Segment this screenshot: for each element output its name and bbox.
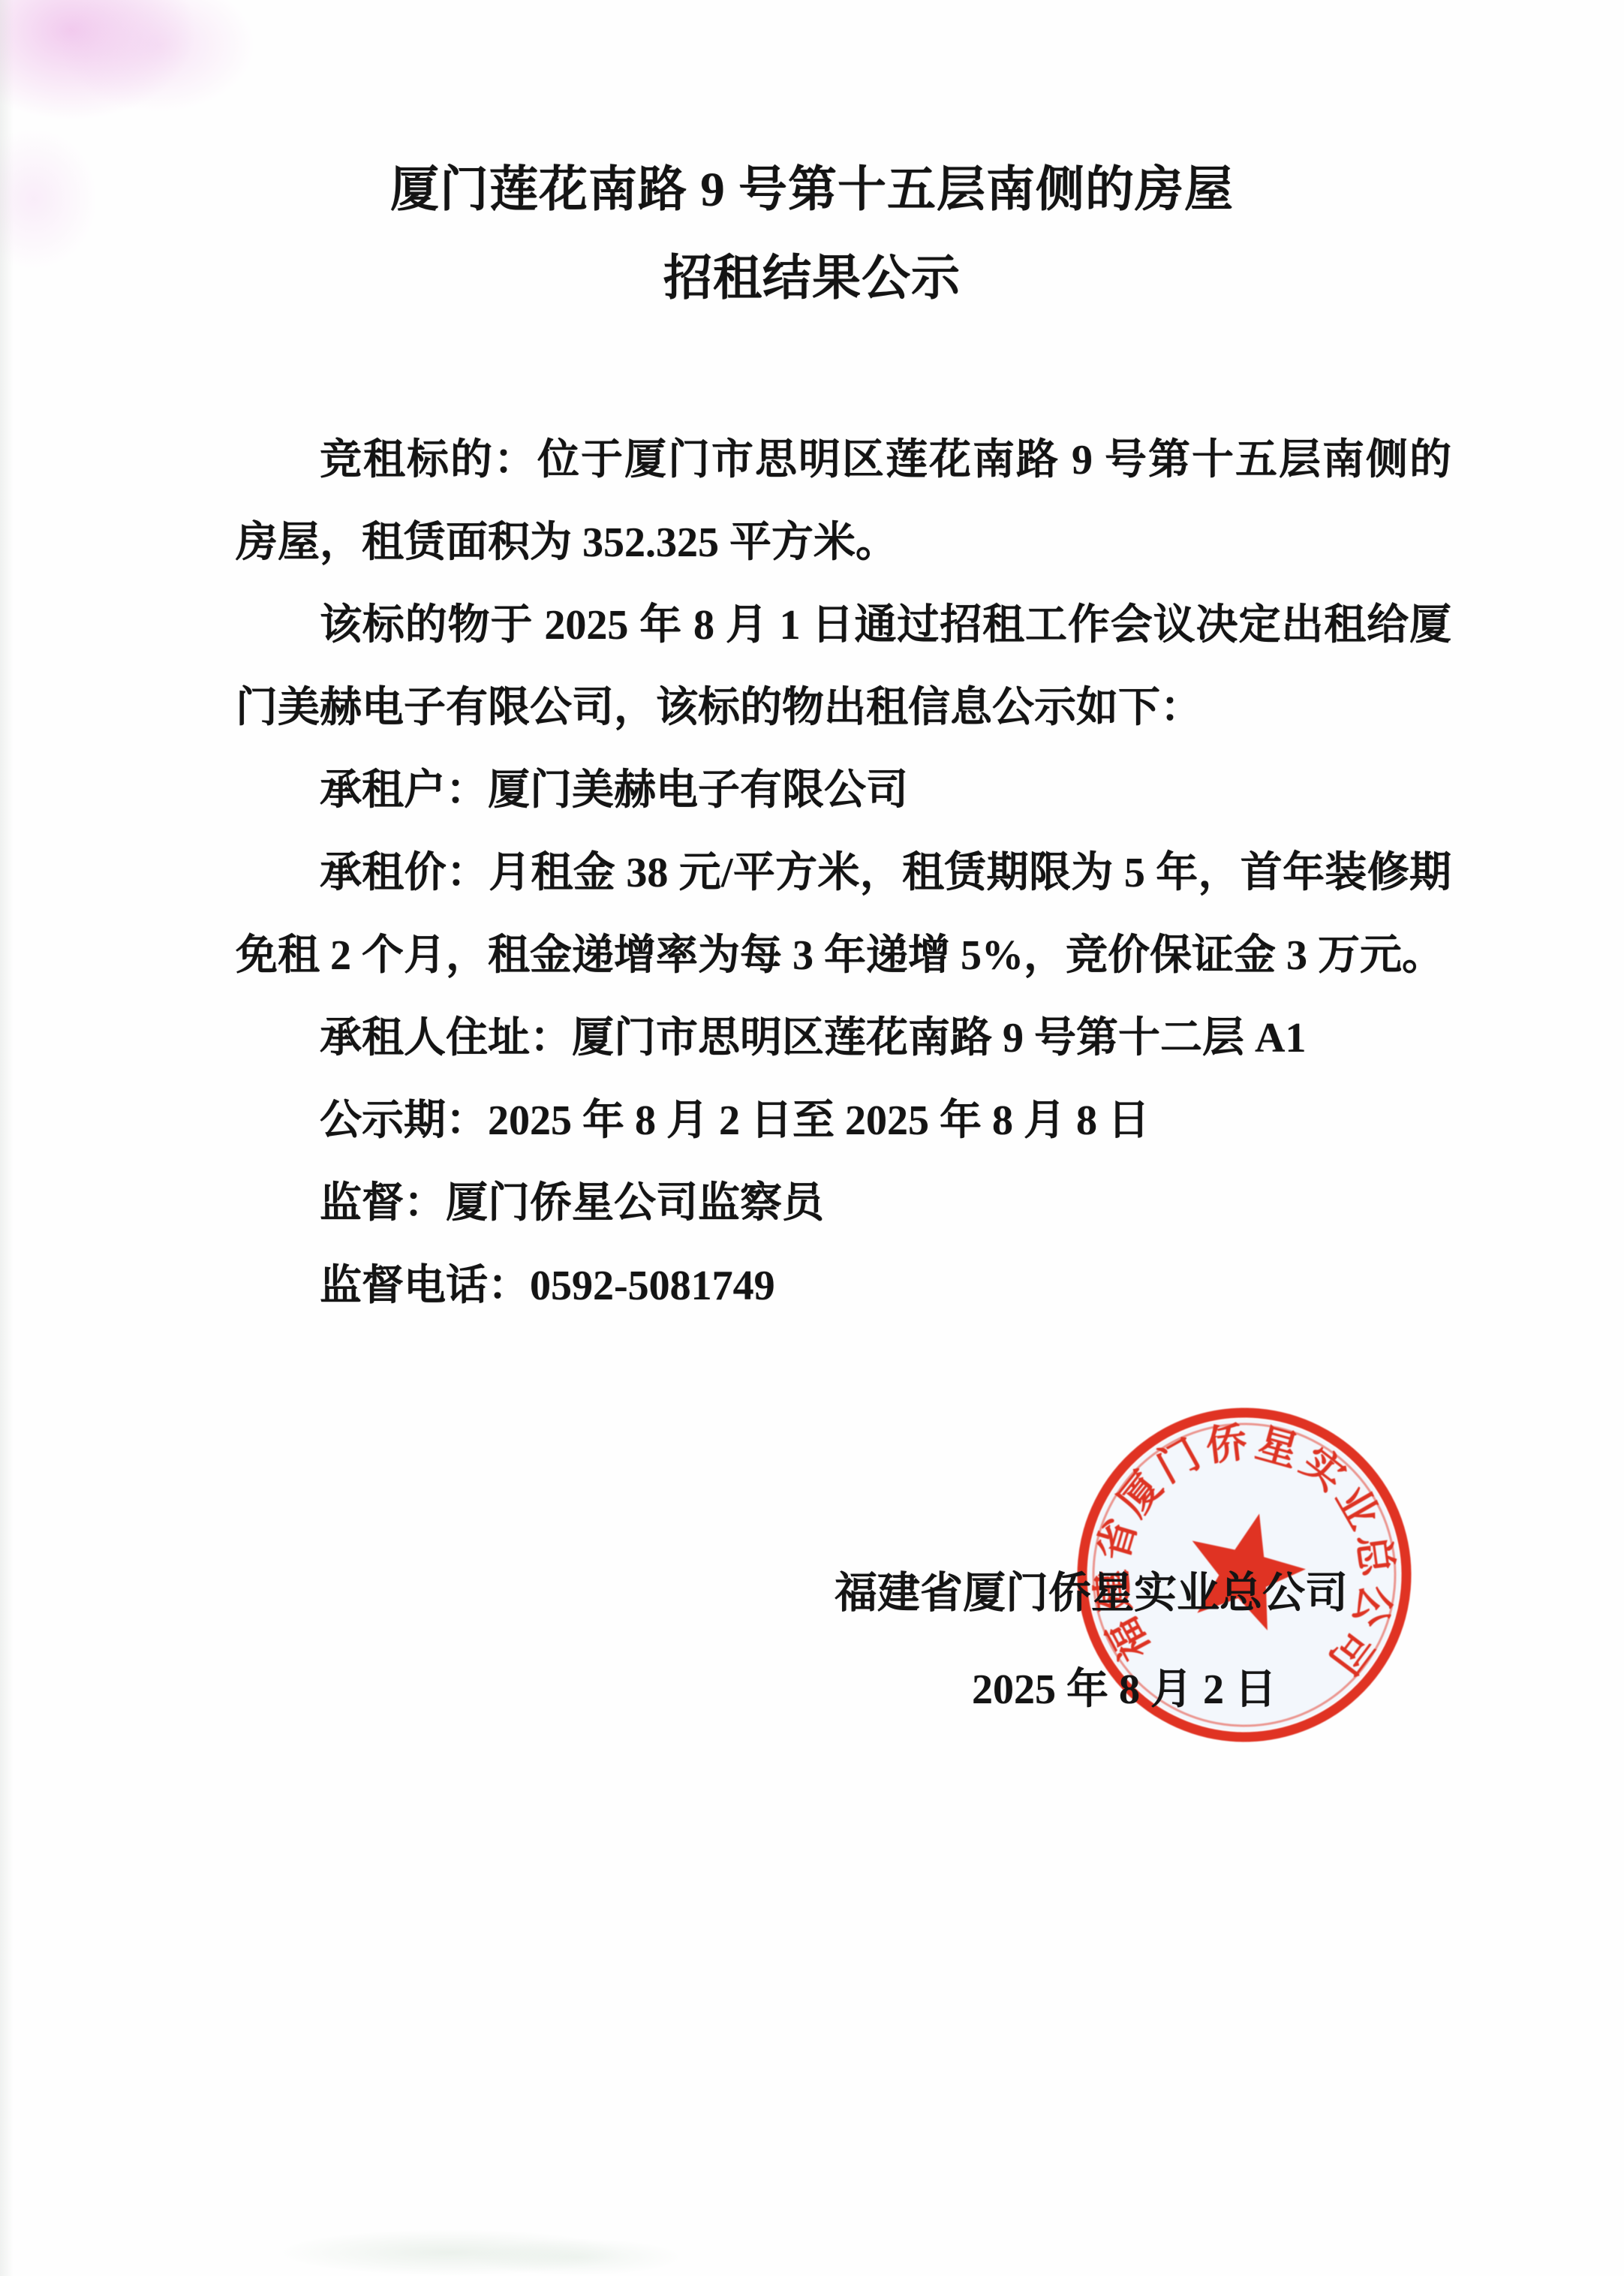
doc-title: 厦门莲花南路 9 号第十五层南侧的房屋 招租结果公示: [0, 146, 1624, 323]
paragraph-tenant: 承租户：厦门美赫电子有限公司: [236, 749, 1451, 832]
doc-body: 竞租标的：位于厦门市思明区莲花南路 9 号第十五层南侧的房屋，租赁面积为 352…: [236, 419, 1451, 1327]
scan-smudge-top-left: [0, 0, 195, 120]
scan-smudge-top: [60, 0, 255, 113]
paragraph-rent-terms: 承租价：月租金 38 元/平方米，租赁期限为 5 年，首年装修期免租 2 个月，…: [236, 832, 1451, 997]
paragraph-decision: 该标的物于 2025 年 8 月 1 日通过招租工作会议决定出租给厦门美赫电子有…: [236, 584, 1451, 749]
paragraph-notice-period: 公示期：2025 年 8 月 2 日至 2025 年 8 月 8 日: [236, 1079, 1451, 1162]
signature-date: 2025 年 8 月 2 日: [972, 1656, 1277, 1716]
scan-smudge-bottom-2: [473, 2238, 683, 2276]
paragraph-lease-subject: 竞租标的：位于厦门市思明区莲花南路 9 号第十五层南侧的房屋，租赁面积为 352…: [236, 419, 1451, 584]
paragraph-supervisor: 监督：厦门侨星公司监察员: [236, 1162, 1451, 1245]
doc-title-line-1: 厦门莲花南路 9 号第十五层南侧的房屋: [0, 146, 1624, 234]
scan-smudge-bottom: [278, 2229, 623, 2276]
scan-edge-strip: [0, 0, 14, 2276]
paragraph-supervisor-phone: 监督电话：0592-5081749: [236, 1245, 1451, 1327]
doc-title-line-2: 招租结果公示: [0, 234, 1624, 323]
signature-company: 福建省厦门侨星实业总公司: [835, 1558, 1348, 1620]
document-page: 厦门莲花南路 9 号第十五层南侧的房屋 招租结果公示 竞租标的：位于厦门市思明区…: [0, 0, 1624, 2276]
paragraph-tenant-address: 承租人住址：厦门市思明区莲花南路 9 号第十二层 A1: [236, 997, 1451, 1079]
